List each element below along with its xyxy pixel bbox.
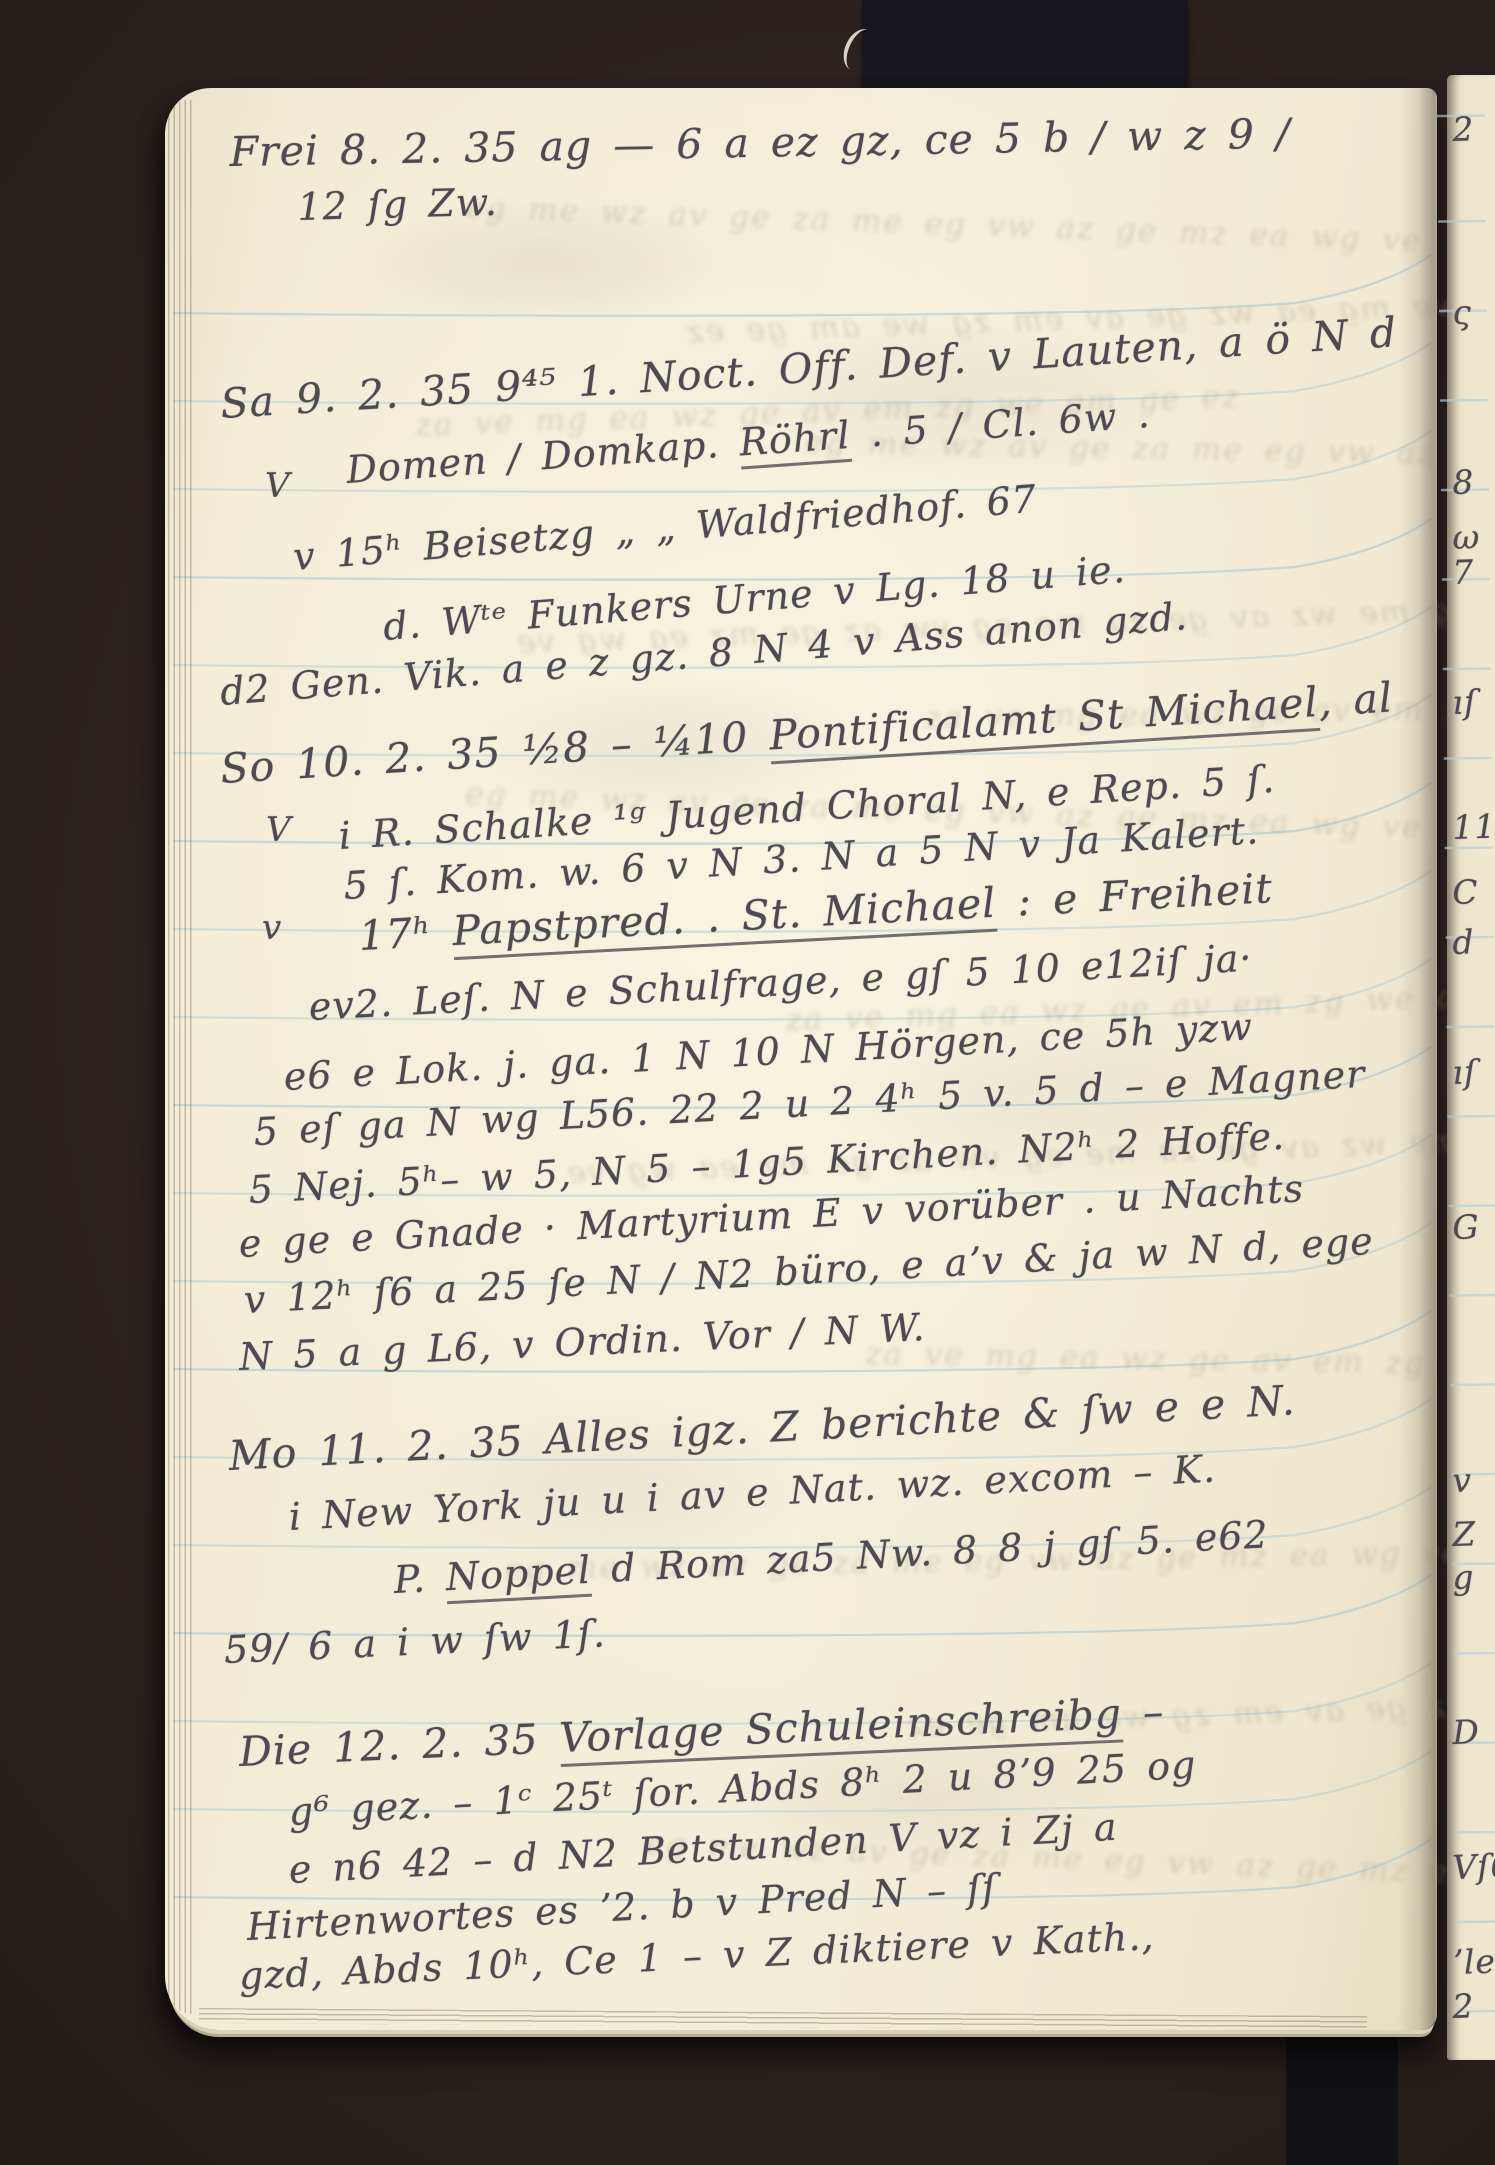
- facing-page-fragment: ıſ: [1452, 682, 1478, 722]
- facing-page-fragment: C: [1452, 872, 1480, 912]
- facing-page-fragment: 2: [1452, 109, 1475, 149]
- diary-line-frei-1: Frei 8. 2. 35 ag — 6 a ez gz, ce 5 b / w…: [229, 109, 1291, 176]
- diary-line-mo-4: 59/ 6 a i w ſw 1ſ.: [223, 1611, 607, 1672]
- facing-page-fragment: ω: [1452, 517, 1481, 557]
- facing-page-fragment: ς: [1452, 292, 1473, 332]
- facing-page-fragment: ʼle: [1452, 1942, 1495, 1982]
- page-stack-edge-left: [168, 100, 192, 2014]
- notebook-cover-edge-top: [862, 0, 1188, 92]
- showthrough-texture: [465, 189, 1423, 258]
- facing-page-fragment: v: [1452, 1460, 1473, 1500]
- facing-page-edge: 2 ς 8 ω 7 ıſ 11 C d ıſ G v Z g D Vſ6 ʼle…: [1447, 75, 1495, 2060]
- facing-page-fragment: 7: [1452, 552, 1475, 592]
- showthrough-texture: [865, 1336, 1495, 1386]
- binding-gutter-shadow: [1399, 88, 1437, 2030]
- checkmark-papst: v: [262, 908, 282, 948]
- facing-page-fragment: g: [1452, 1557, 1475, 1597]
- facing-page-fragment: D: [1452, 1712, 1481, 1752]
- facing-page-fragment: 2: [1452, 1986, 1475, 2026]
- facing-page-fragment: d: [1452, 922, 1475, 962]
- facing-page-fragment: ıſ: [1452, 1052, 1478, 1092]
- page-stack-edge-bottom: [199, 2008, 1367, 2031]
- facing-page-fragment: Vſ6: [1452, 1846, 1495, 1887]
- diary-line-frei-2: 12 ſg Zw.: [297, 180, 498, 229]
- facing-page-fragment: 8: [1452, 462, 1475, 502]
- notebook-page: Frei 8. 2. 35 ag — 6 a ez gz, ce 5 b / w…: [165, 88, 1437, 2030]
- facing-page-fragment: G: [1452, 1207, 1481, 1247]
- facing-page-fragment: Z: [1452, 1514, 1477, 1554]
- facing-page-fragment: 11: [1452, 806, 1495, 847]
- checkmark-so: V: [266, 810, 292, 850]
- notebook-cover-edge-bottom: [1286, 2030, 1398, 2165]
- diary-line-sa-1: Sa 9. 2. 35 9⁴⁵ 1. Noct. Off. Def. v Lau…: [219, 308, 1398, 428]
- checkmark-sa: V: [265, 466, 291, 506]
- photographed-notebook-scan: Frei 8. 2. 35 ag — 6 a ez gz, ce 5 b / w…: [0, 0, 1495, 2165]
